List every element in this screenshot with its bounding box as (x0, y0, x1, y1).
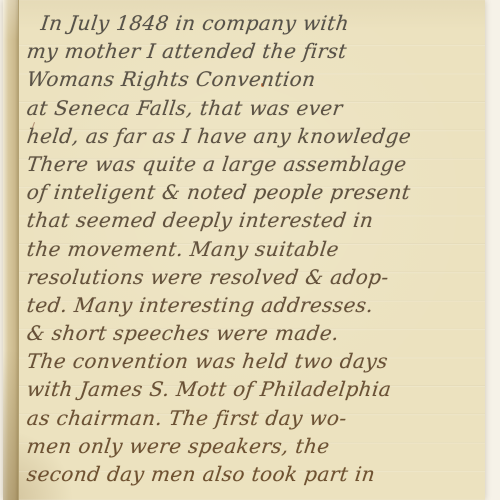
manuscript-line: that seemed deeply interested in (25, 206, 480, 234)
manuscript-line: The convention was held two days (25, 347, 480, 375)
manuscript-line: held, as far as I have any knowledge (25, 122, 480, 150)
manuscript-line: ted. Many interesting addresses. (25, 291, 480, 319)
manuscript-line: as chairman. The first day wo- (25, 404, 480, 432)
manuscript-line: There was quite a large assemblage (25, 150, 480, 178)
manuscript-line: my mother I attended the first (25, 37, 480, 65)
manuscript-line: at Seneca Falls, that was ever (25, 94, 480, 122)
manuscript-line: & short speeches were made. (25, 319, 480, 347)
manuscript-page: In July 1848 in company with my mother I… (3, 0, 485, 500)
manuscript-line: In July 1848 in company with (25, 9, 480, 37)
page-fold-edge (3, 0, 19, 500)
manuscript-line: with James S. Mott of Philadelphia (25, 375, 480, 403)
manuscript-line: second day men also took part in (25, 460, 480, 488)
manuscript-line: the movement. Many suitable (25, 235, 480, 263)
scanned-document: In July 1848 in company with my mother I… (0, 0, 500, 500)
manuscript-line: resolutions were resolved & adop- (25, 263, 480, 291)
handwritten-text: In July 1848 in company with my mother I… (27, 9, 479, 488)
manuscript-line: of inteligent & noted people present (25, 178, 480, 206)
manuscript-line: men only were speakers, the (25, 432, 480, 460)
manuscript-line: Womans Rights Convention (25, 65, 480, 93)
